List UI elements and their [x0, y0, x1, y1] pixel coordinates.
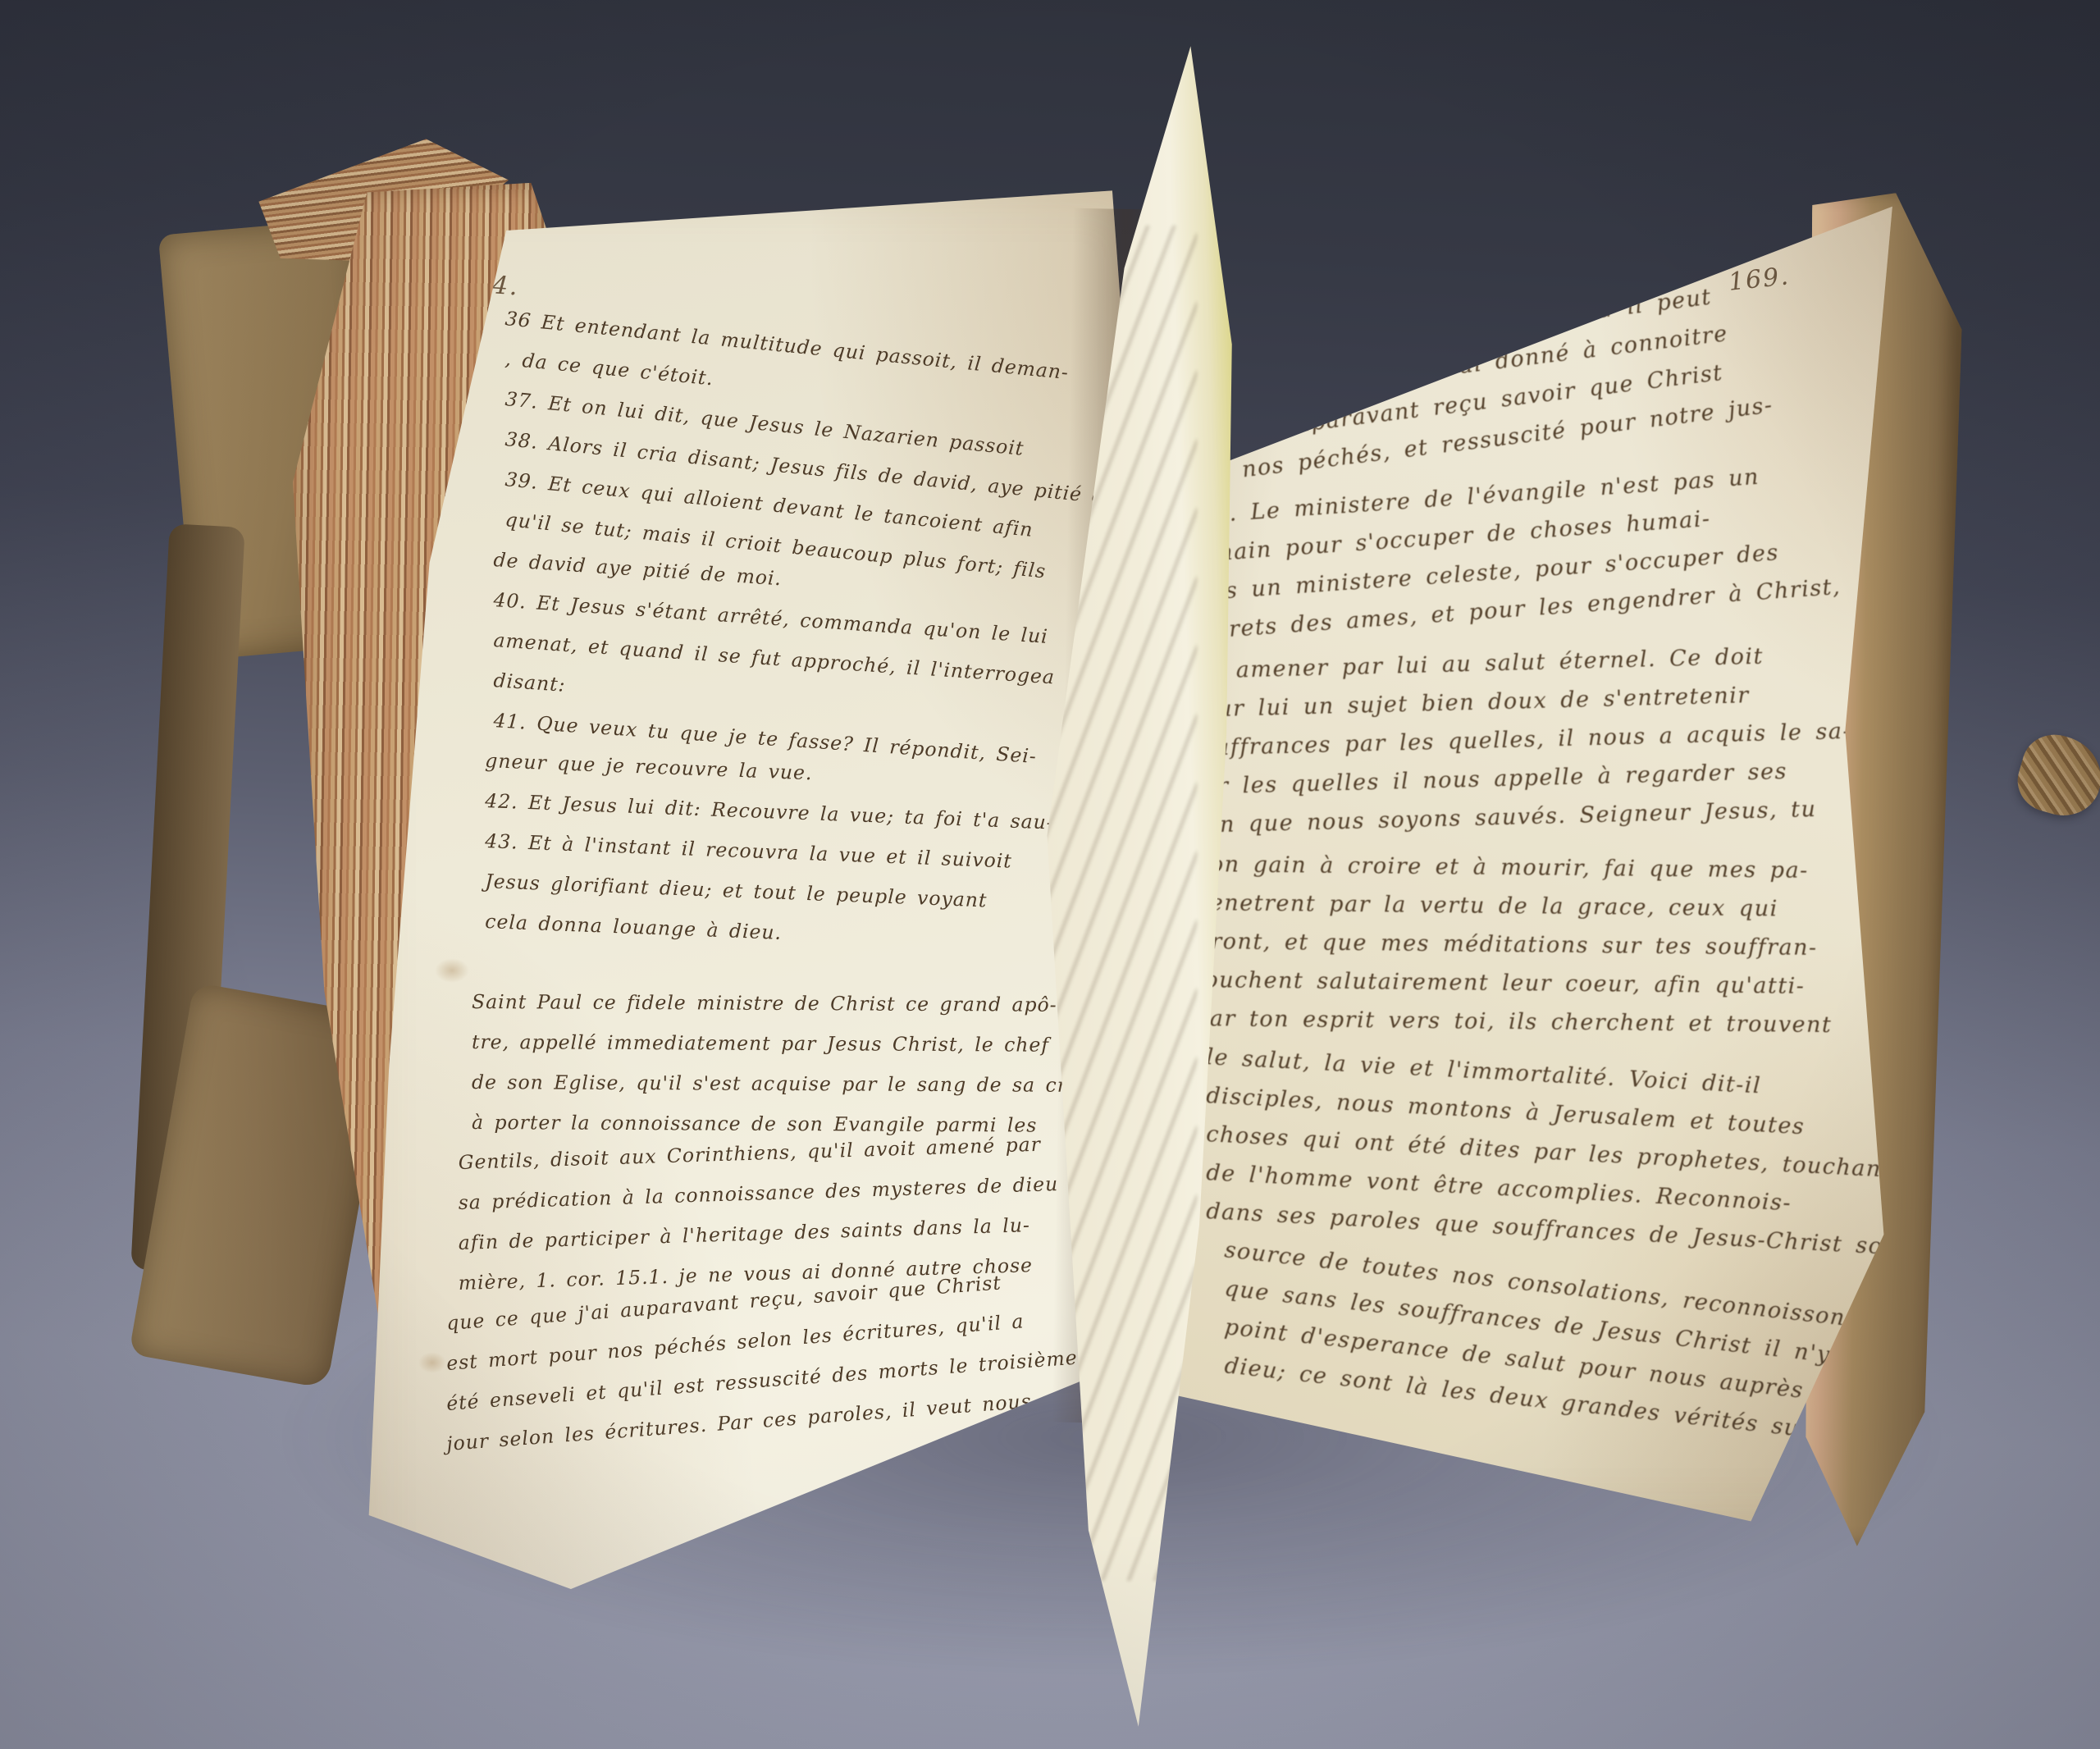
- manuscript-line: de son Eglise, qu'il s'est acquise par l…: [472, 1066, 1144, 1109]
- manuscript-line: par ton esprit vers toi, ils cherchent e…: [1194, 1002, 1903, 1048]
- right-page-text: quelle consolation pour lui, quand il pe…: [1173, 347, 1903, 1388]
- photo-manuscript-book: { "scene": { "description": "Photograph …: [0, 0, 2100, 1749]
- leather-tie-cord: [2011, 727, 2100, 824]
- manuscript-line: [472, 945, 1144, 989]
- manuscript-line: tre, appellé immediatement par Jesus Chr…: [472, 1025, 1144, 1069]
- manuscript-line: Saint Paul ce fidele ministre de Christ …: [472, 985, 1144, 1029]
- left-page-text: 36 Et entendant la multitude qui passoit…: [447, 302, 1144, 1468]
- paper-stain: [418, 1352, 446, 1373]
